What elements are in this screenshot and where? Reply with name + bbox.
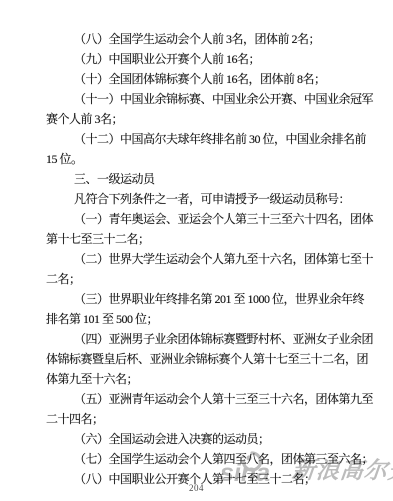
- text-line: 体锦标赛暨皇后杯、亚洲业余锦标赛个人第十七至三十二名，团: [46, 349, 380, 369]
- text-line: 15 位。: [46, 149, 380, 169]
- text-line: （十二）中国高尔夫球年终排名前 30 位，中国业余排名前: [46, 129, 380, 149]
- text-line: 二名；: [46, 269, 380, 289]
- text-line: （六）全国运动会进入决赛的运动员；: [46, 429, 380, 449]
- text-line: 赛个人前 3名；: [46, 109, 380, 129]
- text-line: （九）中国职业公开赛个人前 16名；: [46, 49, 380, 69]
- text-line: （一）青年奥运会、亚运会个人第三十三至六十四名，团体: [46, 209, 380, 229]
- section-heading: 三、一级运动员: [46, 169, 380, 189]
- text-line: 凡符合下列条件之一者，可申请授予一级运动员称号：: [46, 189, 380, 209]
- text-line: （八）全国学生运动会个人前 3名，团体前 2名；: [46, 29, 380, 49]
- text-line: （十一）中国业余锦标赛、中国业余公开赛、中国业余冠军: [46, 89, 380, 109]
- text-line: 体第九至十六名；: [46, 369, 380, 389]
- text-line: 第十七至三十二名；: [46, 229, 380, 249]
- text-line: （四）亚洲男子业余团体锦标赛暨野村杯、亚洲女子业余团: [46, 329, 380, 349]
- text-line: （二）世界大学生运动会个人第九至十六名，团体第七至十: [46, 249, 380, 269]
- text-line: （三）世界职业年终排名第 201 至 1000 位，世界业余年终: [46, 289, 380, 309]
- text-line: （十）全国团体锦标赛个人前 16名，团体前 8名；: [46, 69, 380, 89]
- text-line: 二十四名；: [46, 409, 380, 429]
- text-line: 排名第 101 至 500 位；: [46, 309, 380, 329]
- document-page: （八）全国学生运动会个人前 3名，团体前 2名； （九）中国职业公开赛个人前 1…: [0, 0, 393, 501]
- page-number: 204: [0, 483, 393, 493]
- document-content: （八）全国学生运动会个人前 3名，团体前 2名； （九）中国职业公开赛个人前 1…: [46, 29, 380, 489]
- text-line: （五）亚洲青年运动会个人第十三至三十六名，团体第九至: [46, 389, 380, 409]
- text-line: （七）全国学生运动会个人第四至八名，团体第三至六名；: [46, 449, 380, 469]
